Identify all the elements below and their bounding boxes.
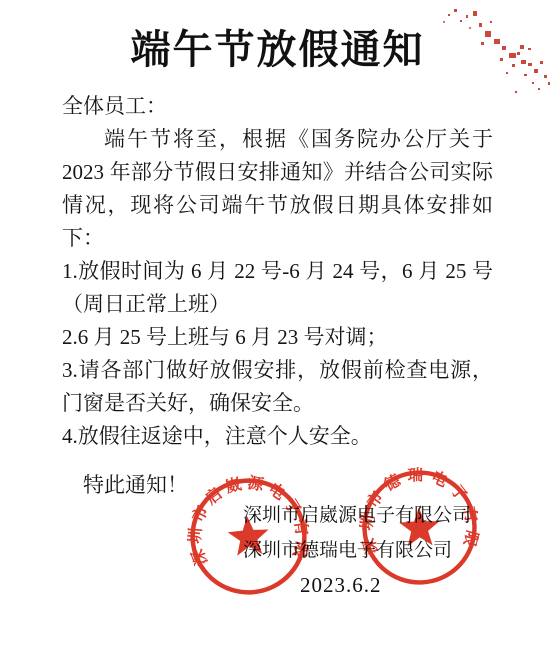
company-seal-right: 深圳市德瑞电子有限公司 [357, 465, 482, 590]
intro-paragraph: 端午节将至，根据《国务院办公厅关于 2023 年部分节假日安排通知》并结合公司实… [62, 123, 493, 255]
rule-item-4: 4.放假往返途中，注意个人安全。 [62, 420, 493, 453]
notice-document: 端午节放假通知 全体员工： 端午节将至，根据《国务院办公厅关于 2023 年部分… [0, 0, 555, 656]
rule-item-1: 1.放假时间为 6 月 22 号-6 月 24 号，6 月 25 号（周日正常上… [62, 255, 493, 321]
company-seal-left: 深圳市启崴源电子有限公司 [183, 471, 314, 602]
rule-item-2: 2.6 月 25 号上班与 6 月 23 号对调； [62, 321, 493, 354]
ink-speckles [424, 2, 555, 120]
seal-star-left [227, 515, 271, 557]
rule-item-3: 3.请各部门做好放假安排，放假前检查电源，门窗是否关好，确保安全。 [62, 354, 493, 420]
seal-star-right [399, 507, 441, 547]
notice-body: 全体员工： 端午节将至，根据《国务院办公厅关于 2023 年部分节假日安排通知》… [62, 90, 493, 502]
